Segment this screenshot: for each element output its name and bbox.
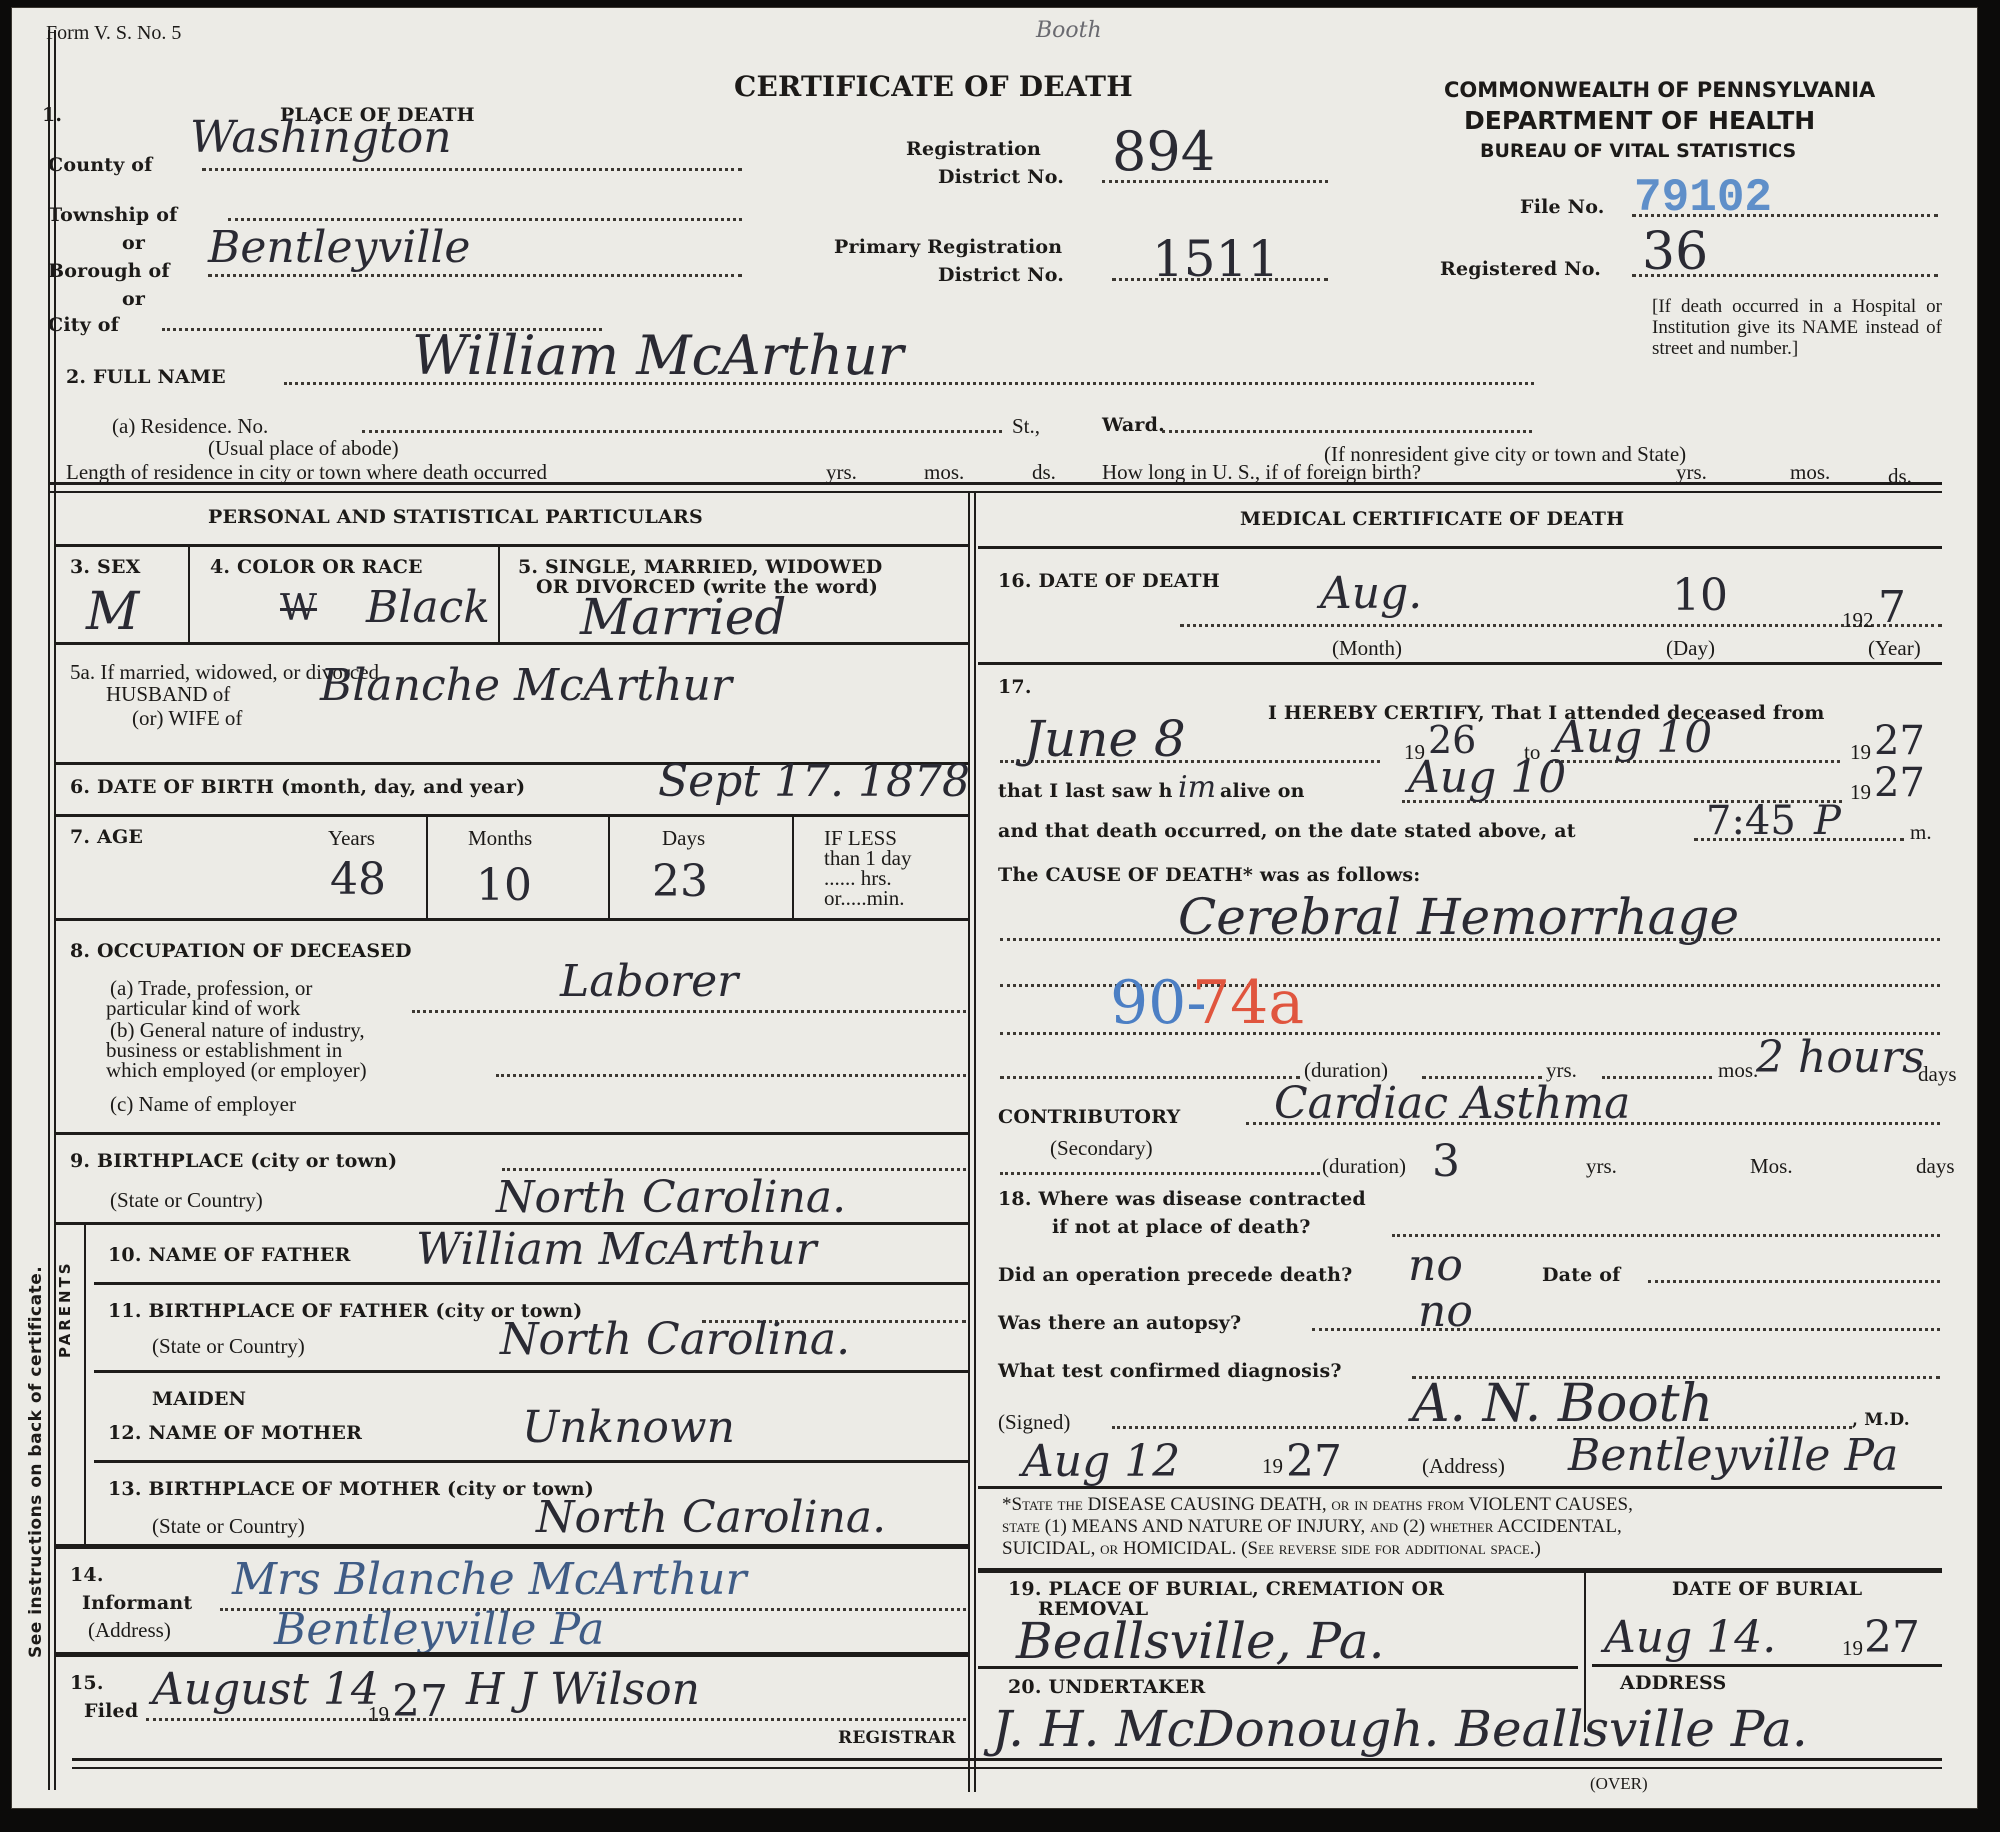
city-label: City of [48, 314, 119, 336]
contrib-duration-value[interactable]: 3 [1432, 1136, 1460, 1187]
primary-registration-value[interactable]: 1511 [1152, 230, 1279, 288]
last-saw-label: that I last saw h [998, 780, 1173, 802]
cell-divider [608, 816, 610, 918]
county-line [202, 168, 742, 171]
last-saw-year-prefix: 19 [1850, 780, 1871, 805]
full-name-label: 2. FULL NAME [66, 366, 226, 388]
rule [56, 1652, 968, 1657]
st-label: St., [1012, 414, 1040, 439]
contrib-mos: Mos. [1750, 1154, 1793, 1179]
rule [978, 1486, 1942, 1489]
age-days-value[interactable]: 23 [652, 856, 708, 907]
filed-label: Filed [84, 1700, 138, 1722]
footnote-line-1: *State the DISEASE CAUSING DEATH, or in … [1002, 1494, 1633, 1516]
cause-value[interactable]: Cerebral Hemorrhage [1178, 888, 1739, 946]
filed-year-prefix: 19 [368, 1702, 389, 1727]
dob-label: 6. DATE OF BIRTH (month, day, and year) [70, 776, 525, 798]
footnote-line-2: state (1) MEANS AND NATURE OF INJURY, an… [1002, 1516, 1622, 1538]
age-months-label: Months [468, 826, 532, 851]
agency-line-2: DEPARTMENT OF HEALTH [1464, 106, 1815, 135]
birthplace-state-label: (State or Country) [110, 1188, 263, 1213]
township-label: Township of [48, 204, 177, 226]
left-border [48, 30, 50, 1790]
less-than-day-4: or.....min. [824, 886, 905, 911]
center-divider-inner [974, 492, 976, 1792]
filed-number: 15. [70, 1672, 104, 1694]
address-value[interactable]: Bentleyville Pa [1568, 1430, 1898, 1481]
item-1-number: 1. [42, 104, 62, 126]
occupation-a-line [412, 1010, 966, 1013]
cell-divider [792, 816, 794, 918]
undertaker-value[interactable]: J. H. McDonough. Beallsville Pa. [992, 1700, 1808, 1758]
autopsy-label: Was there an autopsy? [998, 1312, 1241, 1334]
registered-no-value[interactable]: 36 [1642, 222, 1708, 282]
race-label: 4. COLOR OR RACE [210, 556, 423, 578]
burial-date-label: DATE OF BURIAL [1672, 1578, 1862, 1600]
race-value[interactable]: Black [366, 582, 490, 633]
marital-value[interactable]: Married [580, 588, 786, 646]
signed-label: (Signed) [998, 1410, 1070, 1435]
item-18-line-1: 18. Where was disease contracted [998, 1188, 1366, 1210]
filed-year-value[interactable]: 27 [392, 1676, 448, 1727]
over-label: (OVER) [1590, 1774, 1648, 1794]
signed-year-value[interactable]: 27 [1286, 1436, 1342, 1487]
day-caption: (Day) [1666, 636, 1715, 661]
certificate-title: CERTIFICATE OF DEATH [734, 70, 1133, 103]
item-17-number: 17. [998, 676, 1032, 698]
sex-label: 3. SEX [70, 556, 141, 578]
age-months-value[interactable]: 10 [476, 860, 532, 911]
cell-divider [188, 546, 190, 642]
filed-line [146, 1718, 966, 1721]
rule [56, 642, 968, 645]
filed-date-value[interactable]: August 14 [152, 1664, 379, 1715]
registration-district-label-2: District No. [938, 166, 1064, 188]
death-certificate: Form V. S. No. 5 CERTIFICATE OF DEATH Bo… [12, 8, 1977, 1808]
hospital-note: [If death occurred in a Hospital or Inst… [1652, 296, 1942, 359]
rule [978, 546, 1942, 549]
rule [56, 1132, 968, 1135]
side-instructions: See instructions on back of certificate. [26, 1266, 46, 1658]
father-birthplace-state-label: (State or Country) [152, 1334, 305, 1359]
marital-label-1: 5. SINGLE, MARRIED, WIDOWED [518, 556, 882, 578]
registrar-signature[interactable]: H J Wilson [466, 1664, 700, 1715]
certify-text: I HEREBY CERTIFY, That I attended deceas… [1268, 702, 1825, 724]
occupation-label: 8. OCCUPATION OF DECEASED [70, 940, 412, 962]
rule [978, 1568, 1942, 1573]
cause-duration-value[interactable]: 2 hours [1756, 1032, 1925, 1083]
item-18-line [1392, 1234, 1940, 1237]
informant-address-value[interactable]: Bentleyville Pa [274, 1604, 604, 1655]
year-caption: (Year) [1868, 636, 1921, 661]
last-saw-him: im [1178, 770, 1216, 805]
mother-name-label: 12. NAME OF MOTHER [108, 1422, 362, 1444]
operation-date-label: Date of [1542, 1264, 1621, 1286]
burial-place-label-1: 19. PLACE OF BURIAL, CREMATION OR [1008, 1578, 1444, 1600]
informant-value[interactable]: Mrs Blanche McArthur [232, 1554, 747, 1605]
primary-registration-label-1: Primary Registration [834, 236, 1062, 258]
center-divider [968, 492, 970, 1792]
attended-to-year-prefix: 19 [1850, 740, 1871, 765]
medical-section-title: MEDICAL CERTIFICATE OF DEATH [1240, 508, 1624, 530]
last-saw-value[interactable]: Aug 10 [1408, 752, 1566, 803]
rule [56, 918, 968, 921]
attended-from[interactable]: June 8 [1024, 710, 1186, 768]
date-of-death-label: 16. DATE OF DEATH [998, 570, 1220, 592]
dob-value[interactable]: Sept 17. 1878 [658, 756, 970, 807]
file-no-stamp: 79102 [1634, 172, 1772, 224]
race-struck-value: W [280, 588, 317, 629]
test-label: What test confirmed diagnosis? [998, 1360, 1342, 1382]
contrib-duration-label: (duration) [1322, 1154, 1406, 1179]
informant-label: Informant [82, 1592, 192, 1614]
footnote-line-3: SUICIDAL, or HOMICIDAL. (See reverse sid… [1002, 1538, 1541, 1560]
duration-line [1000, 1076, 1300, 1079]
rule [56, 1544, 968, 1549]
residence-line [362, 430, 1002, 433]
mother-birthplace-value[interactable]: North Carolina. [536, 1492, 886, 1543]
spouse-label-2: HUSBAND of [106, 682, 230, 707]
left-border-inner [54, 30, 56, 1790]
ward-label: Ward. [1102, 414, 1165, 436]
cell-divider [498, 546, 500, 642]
burial-year-prefix: 19 [1842, 1636, 1863, 1661]
md-label: , M.D. [1852, 1410, 1910, 1430]
rule [56, 814, 968, 817]
age-years-label: Years [328, 826, 375, 851]
cell-divider [426, 816, 428, 918]
operation-value[interactable]: no [1408, 1240, 1463, 1291]
burial-date-value[interactable]: Aug 14. [1604, 1612, 1776, 1663]
rule [1592, 1664, 1942, 1667]
ward-line [1162, 430, 1532, 433]
month-caption: (Month) [1332, 636, 1402, 661]
burial-year-value[interactable]: 27 [1864, 1612, 1920, 1663]
or-2: or [122, 288, 145, 310]
death-time-ampm[interactable]: P [1814, 798, 1841, 844]
attended-to-year[interactable]: 27 [1874, 718, 1925, 764]
county-value[interactable]: Washington [190, 112, 452, 163]
or-1: or [122, 232, 145, 254]
form-number: Form V. S. No. 5 [46, 22, 181, 45]
undertaker-address-label: ADDRESS [1620, 1672, 1726, 1694]
sex-value[interactable]: M [86, 582, 139, 642]
contrib-days: days [1916, 1154, 1955, 1179]
parents-divider [84, 1224, 86, 1544]
registrar-label: REGISTRAR [838, 1728, 956, 1748]
m-label: m. [1910, 820, 1932, 845]
age-days-label: Days [662, 826, 705, 851]
pencil-note: Booth [1036, 18, 1102, 43]
rule [94, 1370, 968, 1373]
rule [56, 544, 968, 547]
rule [978, 1666, 1578, 1669]
mother-name-value[interactable]: Unknown [522, 1402, 735, 1453]
borough-value[interactable]: Bentleyville [208, 222, 470, 273]
agency-line-1: COMMONWEALTH OF PENNSYLVANIA [1444, 78, 1875, 102]
signed-value[interactable]: A. N. Booth [1412, 1374, 1713, 1434]
occupation-value[interactable]: Laborer [560, 956, 738, 1007]
autopsy-value[interactable]: no [1418, 1286, 1473, 1337]
rule [94, 1460, 968, 1463]
duration-days: days [1918, 1062, 1957, 1087]
signed-year-prefix: 19 [1262, 1454, 1283, 1479]
contrib-yrs: yrs. [1586, 1154, 1617, 1179]
borough-line [208, 274, 742, 277]
personal-section-title: PERSONAL AND STATISTICAL PARTICULARS [208, 506, 703, 528]
full-name-value[interactable]: William McArthur [412, 324, 904, 387]
registered-no-label: Registered No. [1440, 258, 1601, 280]
mother-birthplace-label: 13. BIRTHPLACE OF MOTHER (city or town) [108, 1478, 594, 1500]
duration-mos: mos. [1718, 1058, 1758, 1083]
bottom-rule [72, 1758, 1942, 1769]
borough-label: Borough of [48, 260, 170, 282]
mother-birthplace-state-label: (State or Country) [152, 1514, 305, 1539]
father-birthplace-value[interactable]: North Carolina. [500, 1314, 850, 1365]
death-time-label: and that death occurred, on the date sta… [998, 820, 1576, 842]
registration-district-label-1: Registration [906, 138, 1041, 160]
mother-maiden-label: MAIDEN [152, 1388, 246, 1410]
father-name-label: 10. NAME OF FATHER [108, 1244, 351, 1266]
usual-abode-note: (Usual place of abode) [208, 436, 399, 461]
file-no-label: File No. [1520, 196, 1605, 218]
informant-address-label: (Address) [88, 1618, 171, 1643]
occupation-c: (c) Name of employer [110, 1092, 296, 1117]
autopsy-line [1312, 1328, 1940, 1331]
father-name-value[interactable]: William McArthur [416, 1224, 817, 1275]
contrib-duration-line [1000, 1172, 1320, 1175]
parents-label: PARENTS [56, 1260, 74, 1358]
rule [94, 1282, 968, 1285]
header-divider [48, 482, 1942, 493]
county-label: County of [48, 154, 153, 176]
birthplace-line [502, 1168, 966, 1171]
secondary-label: (Secondary) [1050, 1136, 1153, 1161]
alive-on-label: alive on [1220, 780, 1305, 802]
age-years-value[interactable]: 48 [330, 854, 386, 905]
death-day[interactable]: 10 [1672, 570, 1728, 621]
date-of-death-line [1180, 624, 1942, 627]
rule [978, 662, 1942, 665]
operation-label: Did an operation precede death? [998, 1264, 1352, 1286]
death-year-suffix[interactable]: 7 [1878, 582, 1906, 633]
informant-number: 14. [70, 1564, 104, 1586]
item-18-line-2: if not at place of death? [1052, 1216, 1311, 1238]
contributory-value[interactable]: Cardiac Asthma [1274, 1078, 1630, 1129]
death-year-prefix: 192 [1842, 608, 1874, 633]
registration-district-value[interactable]: 894 [1112, 120, 1215, 183]
birthplace-label: 9. BIRTHPLACE (city or town) [70, 1150, 397, 1172]
last-saw-year[interactable]: 27 [1874, 760, 1925, 806]
primary-registration-label-2: District No. [938, 264, 1064, 286]
signed-date-value[interactable]: Aug 12 [1022, 1436, 1180, 1487]
cause-label: The CAUSE OF DEATH* was as follows: [998, 864, 1421, 886]
operation-date-line [1648, 1280, 1940, 1283]
attended-to[interactable]: Aug 10 [1554, 712, 1712, 763]
burial-place-value[interactable]: Beallsville, Pa. [1016, 1612, 1384, 1670]
age-label: 7. AGE [70, 826, 143, 848]
contributory-label: CONTRIBUTORY [998, 1106, 1180, 1128]
death-month[interactable]: Aug. [1320, 568, 1422, 619]
birthplace-value[interactable]: North Carolina. [496, 1172, 846, 1223]
spouse-label-3: (or) WIFE of [132, 706, 242, 731]
death-time-value[interactable]: 7:45 [1706, 798, 1796, 844]
township-line [228, 218, 742, 221]
occupation-b-3: which employed (or employer) [106, 1058, 367, 1083]
occupation-b-line [496, 1074, 966, 1077]
code-red: 74a [1192, 968, 1304, 1038]
undertaker-label: 20. UNDERTAKER [1008, 1676, 1205, 1698]
agency-line-3: BUREAU OF VITAL STATISTICS [1480, 140, 1796, 162]
address-label: (Address) [1422, 1454, 1505, 1479]
spouse-value[interactable]: Blanche McArthur [320, 660, 732, 711]
